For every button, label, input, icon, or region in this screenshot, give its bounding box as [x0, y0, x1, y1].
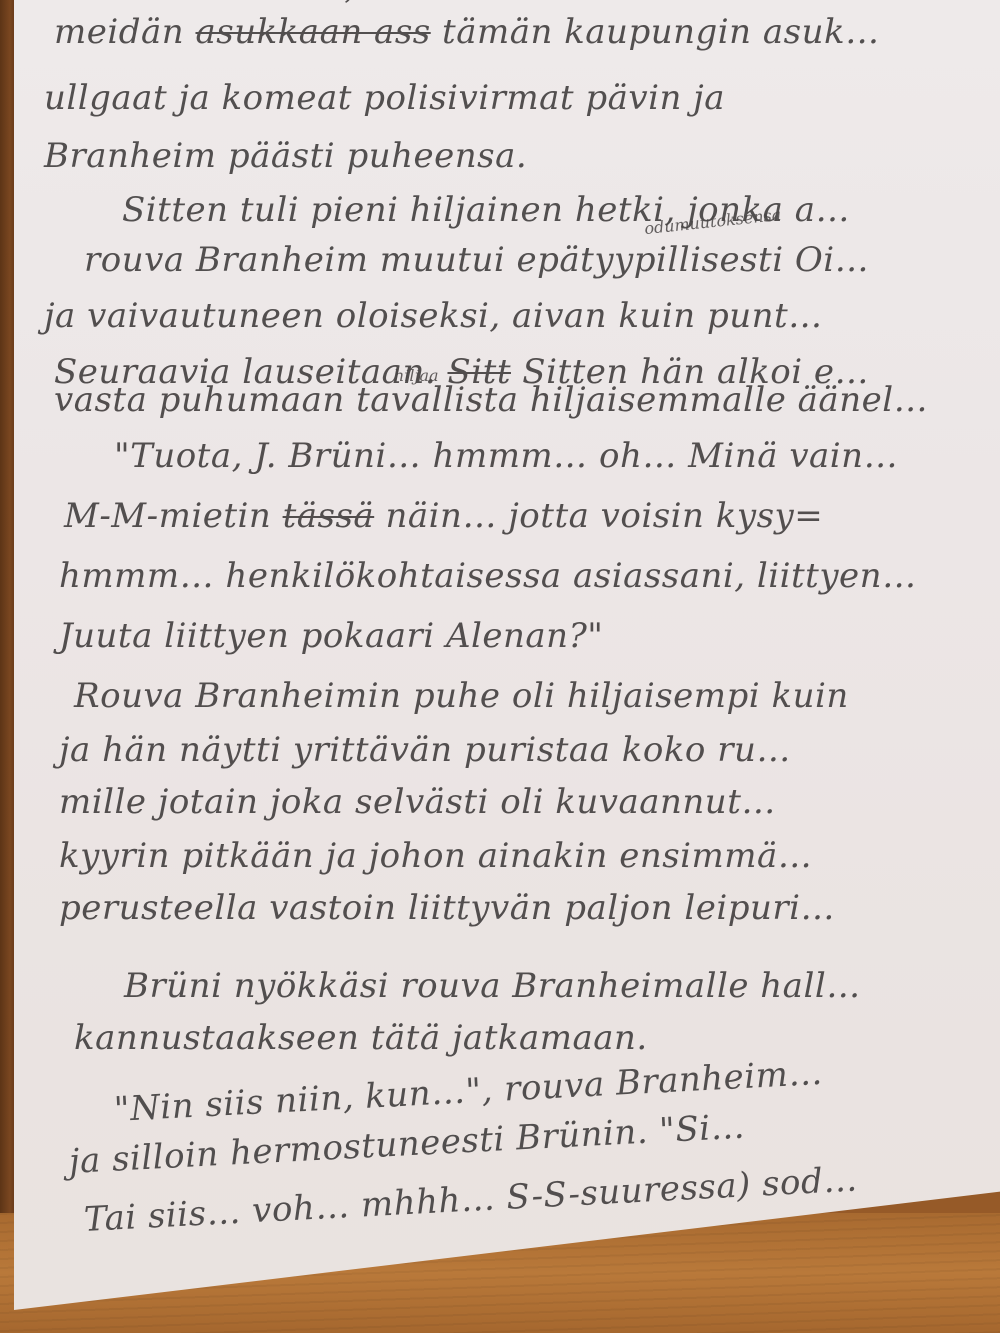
line-text: rouva Branheim muutui epätyypillisesti O… [84, 240, 869, 280]
line-text: mille jotain joka selvästi oli kuvaannut… [59, 782, 776, 822]
handwritten-line-12: Juuta liittyen pokaari Alenan?" [59, 616, 603, 656]
struck-text: asukkaan ass [195, 12, 430, 52]
handwritten-line-17: perusteella vastoin liittyvän paljon lei… [59, 888, 835, 928]
handwritten-line-5: rouva Branheim muutui epätyypillisesti O… [84, 240, 869, 280]
handwritten-line-2: ullgaat ja komeat polisivirmat pävin ja [44, 78, 725, 118]
handwritten-line-13: Rouva Branheimin puhe oli hiljaisempi ku… [74, 676, 849, 716]
line-text: tämän kaupungin asuk… [442, 12, 880, 52]
handwritten-line-1: meidän asukkaan ass tämän kaupungin asuk… [54, 12, 880, 52]
line-text: ja vaivautuneen oloiseksi, aivan kuin pu… [44, 296, 823, 336]
handwritten-line-18: Brüni nyökkäsi rouva Branheimalle hall… [124, 966, 861, 1006]
line-text: vasta puhumaan tavallista hiljaisemmalle… [54, 380, 928, 420]
line-text: Branheim päästi puheensa. [44, 136, 527, 176]
handwritten-line-14: ja hän näytti yrittävän puristaa koko ru… [59, 730, 791, 770]
handwritten-line-16: kyyrin pitkään ja johon ainakin ensimmä… [59, 836, 812, 876]
line-text: perusteella vastoin liittyvän paljon lei… [59, 888, 835, 928]
line-text: …, … [314, 0, 395, 7]
line-text: kyyrin pitkään ja johon ainakin ensimmä… [59, 836, 812, 876]
handwritten-line-11: hmmm… henkilökohtaisessa asiassani, liit… [59, 556, 917, 596]
struck-text: tässä [283, 496, 375, 536]
handwritten-line-3: Branheim päästi puheensa. [44, 136, 527, 176]
line-text: hmmm… henkilökohtaisessa asiassani, liit… [59, 556, 917, 596]
wooden-table-edge [0, 0, 14, 1333]
line-text: "Tuota, J. Brüni… hmmm… oh… Minä vain… [114, 436, 898, 476]
handwritten-line-partial: …, … [314, 0, 395, 7]
line-text: M-M-mietin [64, 496, 271, 536]
handwritten-line-10: M-M-mietin tässä näin… jotta voisin kysy… [64, 496, 823, 536]
handwritten-page: …, … meidän asukkaan ass tämän kaupungin… [14, 0, 1000, 1310]
line-text: kannustaakseen tätä jatkamaan. [74, 1018, 648, 1058]
line-text: Juuta liittyen pokaari Alenan?" [59, 616, 603, 656]
line-text: ullgaat ja komeat polisivirmat pävin ja [44, 78, 725, 118]
line-text: näin… jotta voisin kysy= [386, 496, 824, 536]
line-text: Rouva Branheimin puhe oli hiljaisempi ku… [74, 676, 849, 716]
handwritten-line-8: vasta puhumaan tavallista hiljaisemmalle… [54, 380, 928, 420]
handwritten-line-9: "Tuota, J. Brüni… hmmm… oh… Minä vain… [114, 436, 898, 476]
line-text: Brüni nyökkäsi rouva Branheimalle hall… [124, 966, 861, 1006]
line-text: meidän [54, 12, 184, 52]
handwritten-line-15: mille jotain joka selvästi oli kuvaannut… [59, 782, 776, 822]
handwritten-line-19: kannustaakseen tätä jatkamaan. [74, 1018, 648, 1058]
handwritten-line-6: ja vaivautuneen oloiseksi, aivan kuin pu… [44, 296, 823, 336]
line-text: ja hän näytti yrittävän puristaa koko ru… [59, 730, 791, 770]
